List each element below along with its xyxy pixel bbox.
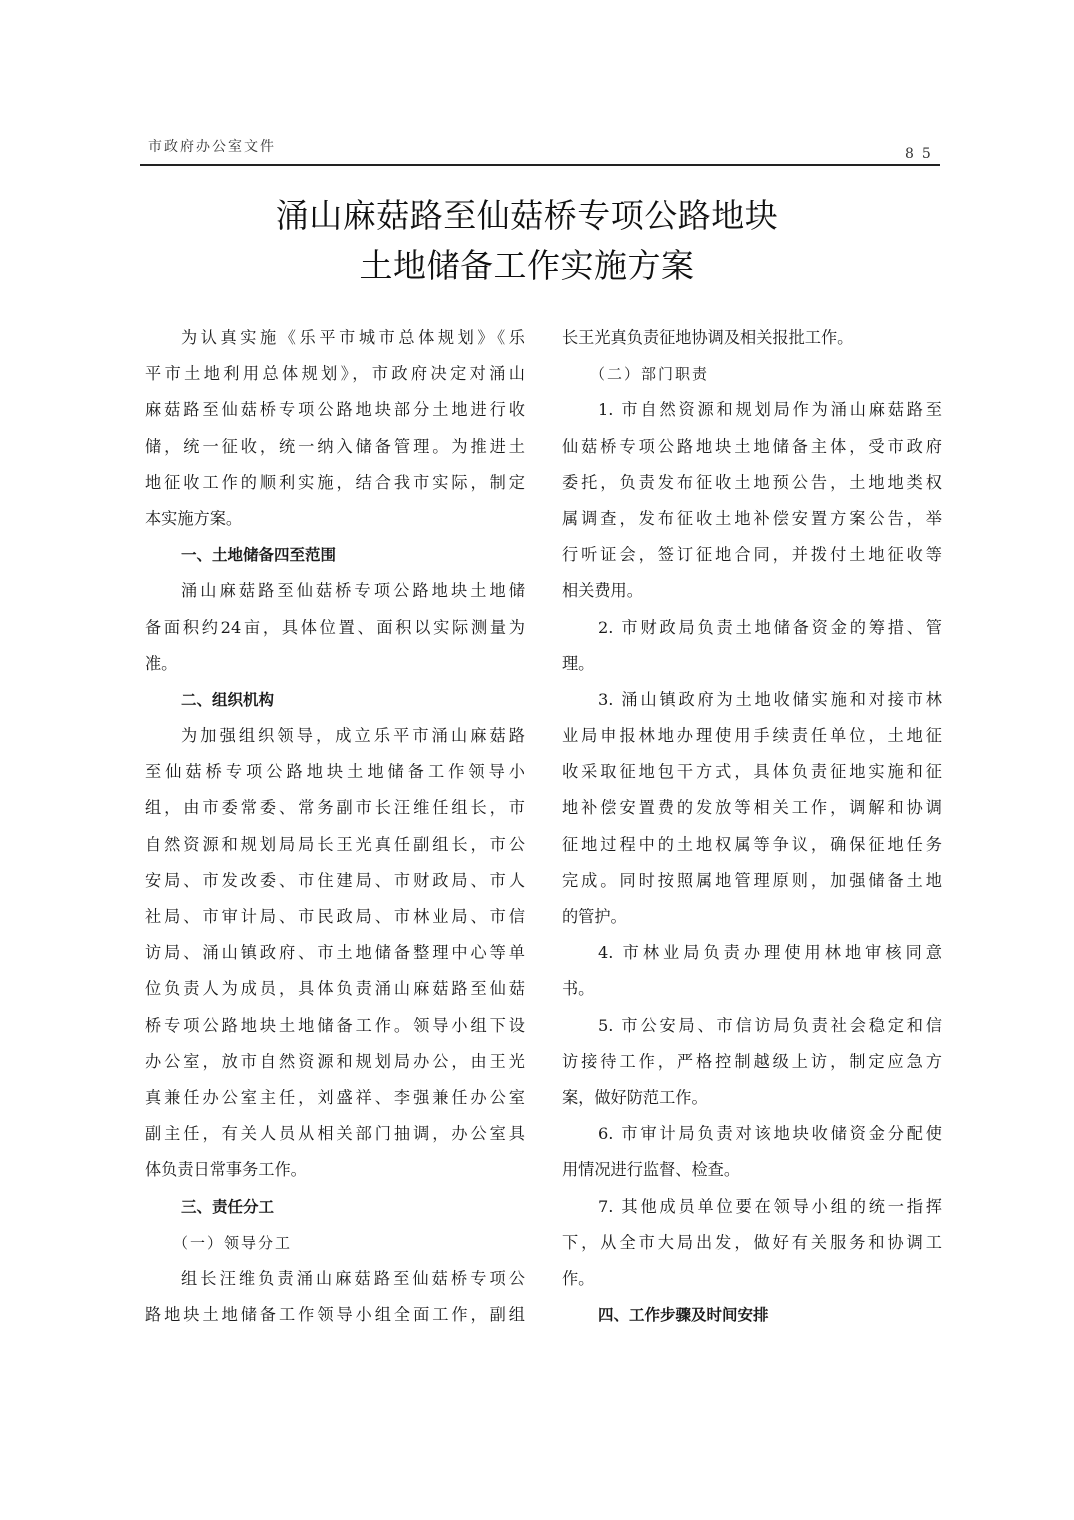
paragraph-first-line: 为加强组织领导，成立乐平市涌山麻菇路	[145, 718, 525, 754]
body-line: 访局、涌山镇政府、市土地储备整理中心等单	[145, 935, 525, 971]
body-line: 副主任，有关人员从相关部门抽调，办公室具	[145, 1116, 525, 1152]
paragraph-first-line: 2. 市财政局负责土地储备资金的筹措、管	[562, 610, 942, 646]
header-rule	[140, 164, 940, 166]
paragraph-first-line: 6. 市审计局负责对该地块收储资金分配使	[562, 1116, 942, 1152]
body-line: 平市土地利用总体规划》，市政府决定对涌山	[145, 356, 525, 392]
body-line: 访接待工作，严格控制越级上访，制定应急方	[562, 1044, 942, 1080]
body-line: 行听证会，签订征地合同，并拨付土地征收等	[562, 537, 942, 573]
document-title-line-1: 涌山麻菇路至仙菇桥专项公路地块	[0, 190, 1064, 237]
body-line: 完成。同时按照属地管理原则，加强储备土地	[562, 863, 942, 899]
body-line: 备面积约24亩，具体位置、面积以实际测量为	[145, 610, 525, 646]
body-line: 地征收工作的顺利实施，结合我市实际，制定	[145, 465, 525, 501]
paragraph-last-line: 长王光真负责征地协调及相关报批工作。	[562, 320, 942, 356]
body-line: 自然资源和规划局局长王光真任副组长，市公	[145, 827, 525, 863]
section-heading: 一、土地储备四至范围	[145, 537, 525, 573]
paragraph-first-line: 涌山麻菇路至仙菇桥专项公路地块土地储	[145, 573, 525, 609]
paragraph-last-line: 案，做好防范工作。	[562, 1080, 942, 1116]
paragraph-first-line: 1. 市自然资源和规划局作为涌山麻菇路至	[562, 392, 942, 428]
section-heading: 四、工作步骤及时间安排	[562, 1297, 942, 1333]
right-column: 长王光真负责征地协调及相关报批工作。（二）部门职责1. 市自然资源和规划局作为涌…	[562, 320, 942, 1333]
paragraph-last-line: 书。	[562, 971, 942, 1007]
body-line: 安局、市发改委、市住建局、市财政局、市人	[145, 863, 525, 899]
paragraph-first-line: 7. 其他成员单位要在领导小组的统一指挥	[562, 1189, 942, 1225]
body-line: 桥专项公路地块土地储备工作。领导小组下设	[145, 1008, 525, 1044]
body-line: 业局申报林地办理使用手续责任单位，土地征	[562, 718, 942, 754]
paragraph-last-line: 的管护。	[562, 899, 942, 935]
body-line: 路地块土地储备工作领导小组全面工作，副组	[145, 1297, 525, 1333]
paragraph-first-line: 5. 市公安局、市信访局负责社会稳定和信	[562, 1008, 942, 1044]
subsection-heading: （二）部门职责	[562, 356, 942, 392]
body-line: 征地过程中的土地权属等争议，确保征地任务	[562, 827, 942, 863]
document-title-line-2: 土地储备工作实施方案	[0, 240, 1064, 287]
body-line: 位负责人为成员，具体负责涌山麻菇路至仙菇	[145, 971, 525, 1007]
body-line: 真兼任办公室主任，刘盛祥、李强兼任办公室	[145, 1080, 525, 1116]
paragraph-first-line: 为认真实施《乐平市城市总体规划》《乐	[145, 320, 525, 356]
body-line: 属调查，发布征收土地补偿安置方案公告，举	[562, 501, 942, 537]
body-line: 委托，负责发布征收土地预公告，土地地类权	[562, 465, 942, 501]
section-heading: 三、责任分工	[145, 1189, 525, 1225]
paragraph-last-line: 作。	[562, 1261, 942, 1297]
body-line: 社局、市审计局、市民政局、市林业局、市信	[145, 899, 525, 935]
subsection-heading: （一）领导分工	[145, 1225, 525, 1261]
running-header-left: 市政府办公室文件	[148, 136, 276, 156]
page-number: 85	[905, 146, 939, 162]
paragraph-last-line: 体负责日常事务工作。	[145, 1152, 525, 1188]
paragraph-first-line: 3. 涌山镇政府为土地收储实施和对接市林	[562, 682, 942, 718]
body-line: 储，统一征收，统一纳入储备管理。为推进土	[145, 429, 525, 465]
left-column: 为认真实施《乐平市城市总体规划》《乐平市土地利用总体规划》，市政府决定对涌山麻菇…	[145, 320, 525, 1333]
body-line: 办公室，放市自然资源和规划局办公，由王光	[145, 1044, 525, 1080]
paragraph-last-line: 相关费用。	[562, 573, 942, 609]
paragraph-last-line: 理。	[562, 646, 942, 682]
body-line: 地补偿安置费的发放等相关工作，调解和协调	[562, 790, 942, 826]
paragraph-last-line: 本实施方案。	[145, 501, 525, 537]
body-line: 组，由市委常委、常务副市长汪维任组长，市	[145, 790, 525, 826]
paragraph-last-line: 用情况进行监督、检查。	[562, 1152, 942, 1188]
body-line: 麻菇路至仙菇桥专项公路地块部分土地进行收	[145, 392, 525, 428]
body-line: 收采取征地包干方式，具体负责征地实施和征	[562, 754, 942, 790]
paragraph-first-line: 4. 市林业局负责办理使用林地审核同意	[562, 935, 942, 971]
body-line: 下，从全市大局出发，做好有关服务和协调工	[562, 1225, 942, 1261]
paragraph-first-line: 组长汪维负责涌山麻菇路至仙菇桥专项公	[145, 1261, 525, 1297]
paragraph-last-line: 准。	[145, 646, 525, 682]
body-line: 仙菇桥专项公路地块土地储备主体，受市政府	[562, 429, 942, 465]
body-line: 至仙菇桥专项公路地块土地储备工作领导小	[145, 754, 525, 790]
section-heading: 二、组织机构	[145, 682, 525, 718]
